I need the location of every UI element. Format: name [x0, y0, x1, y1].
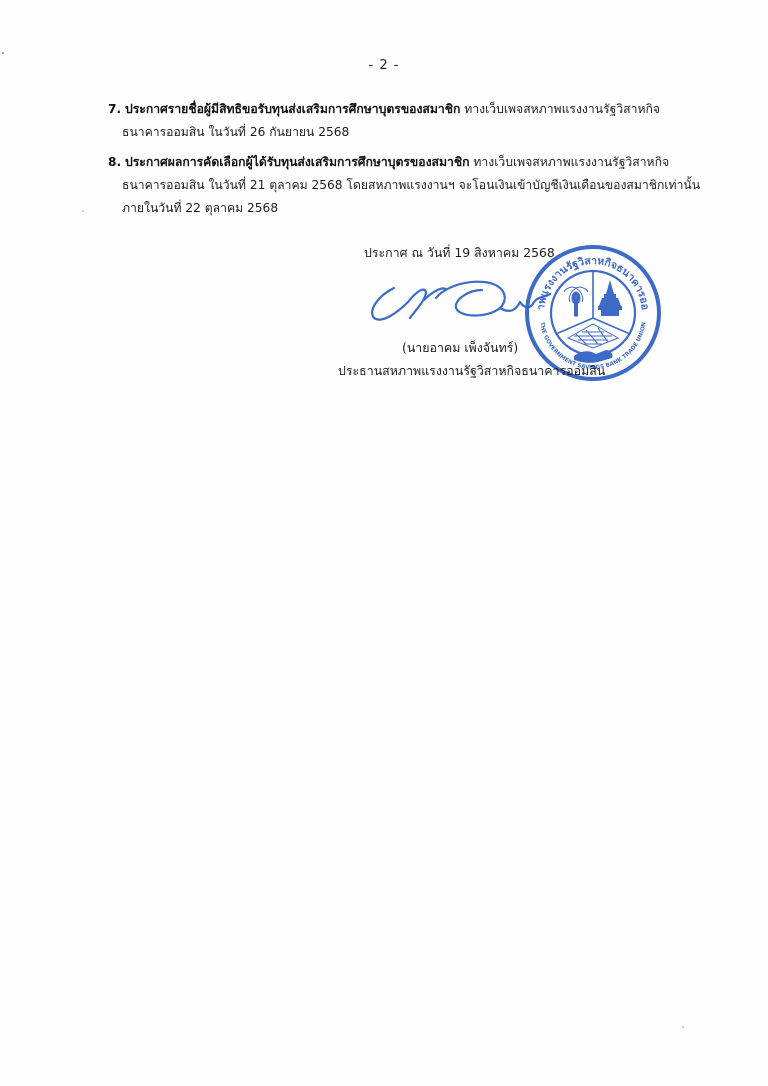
item-7-line1-rest: ทางเว็บเพจสหภาพแรงงานรัฐวิสาหกิจ: [460, 102, 660, 116]
item-8-number: 8.: [108, 155, 121, 169]
item-8-continuation-1: ธนาคารออมสิน ในวันที่ 21 ตุลาคม 2568 โดย…: [108, 174, 708, 197]
list-item-7: 7. ประกาศรายชื่อผู้มีสิทธิขอรับทุนส่งเสร…: [108, 98, 708, 144]
list-item-8: 8. ประกาศผลการคัดเลือกผู้ได้รับทุนส่งเสร…: [108, 151, 708, 220]
item-8-continuation-2: ภายในวันที่ 22 ตุลาคม 2568: [108, 197, 708, 220]
item-8-first-line: 8. ประกาศผลการคัดเลือกผู้ได้รับทุนส่งเสร…: [108, 151, 708, 174]
scan-speck: [682, 1026, 684, 1028]
page-number: - 2 -: [0, 58, 768, 73]
document-page: - 2 - 7. ประกาศรายชื่อผู้มีสิทธิขอรับทุน…: [0, 0, 768, 1086]
item-7-continuation-1: ธนาคารออมสิน ในวันที่ 26 กันยายน 2568: [108, 121, 708, 144]
item-8-heading: ประกาศผลการคัดเลือกผู้ได้รับทุนส่งเสริมก…: [125, 155, 470, 169]
item-7-number: 7.: [108, 102, 121, 116]
svg-text:สหภาพแรงงานรัฐวิสาหกิจธนาคารออ: สหภาพแรงงานรัฐวิสาหกิจธนาคารออมสิน: [524, 244, 651, 311]
signer-title: ประธานสหภาพแรงงานรัฐวิสาหกิจธนาคารออมสิน: [338, 362, 605, 381]
item-7-first-line: 7. ประกาศรายชื่อผู้มีสิทธิขอรับทุนส่งเสร…: [108, 98, 708, 121]
scan-speck: [82, 210, 84, 212]
signer-name: (นายอาคม เพ็งจันทร์): [402, 339, 518, 358]
scan-speck: [2, 52, 4, 54]
item-8-line1-rest: ทางเว็บเพจสหภาพแรงงานรัฐวิสาหกิจ: [470, 155, 670, 169]
item-7-heading: ประกาศรายชื่อผู้มีสิทธิขอรับทุนส่งเสริมก…: [125, 102, 460, 116]
